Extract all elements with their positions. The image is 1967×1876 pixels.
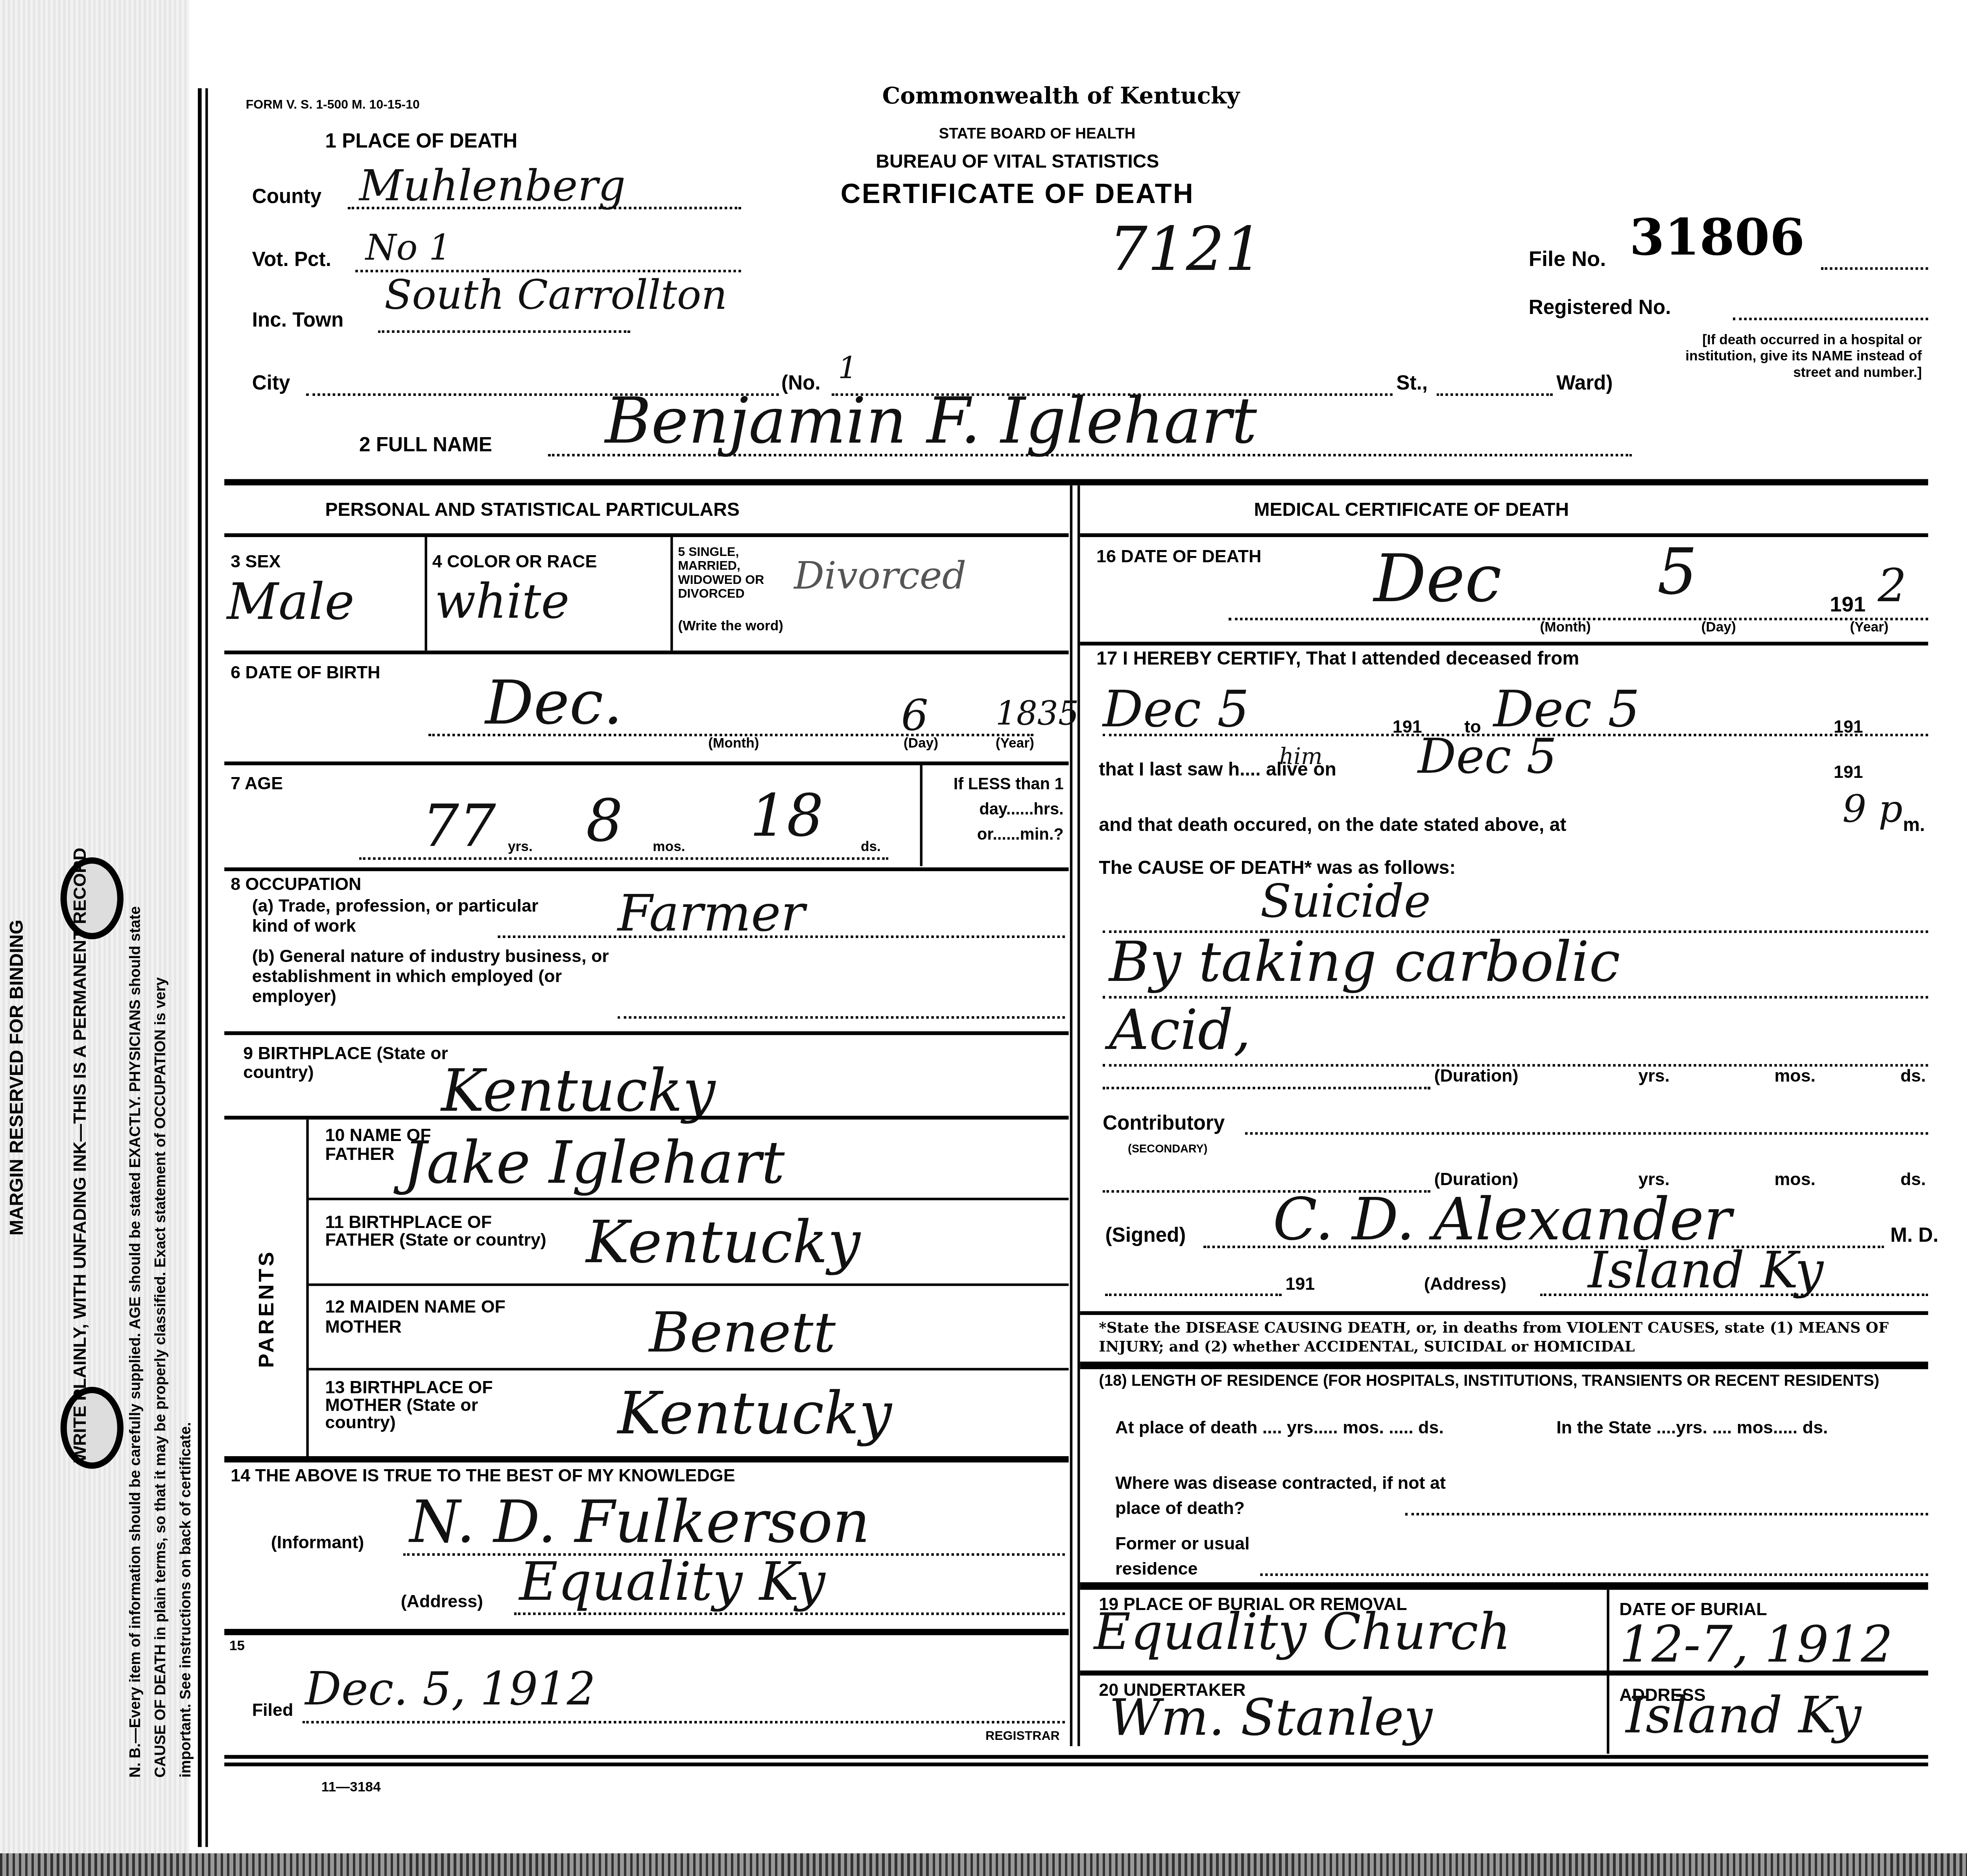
mother-birthplace-value: Kentucky: [618, 1379, 892, 1448]
informant-address-label: (Address): [401, 1591, 483, 1611]
age-years: 77: [422, 792, 496, 860]
inc-town-label: Inc. Town: [252, 310, 344, 333]
contracted-line: [1405, 1513, 1928, 1515]
row-rule: [309, 1283, 1069, 1286]
dod-label: 16 DATE OF DEATH: [1096, 546, 1261, 566]
death-time-suffix: m.: [1903, 814, 1925, 836]
contributory-label: Contributory: [1103, 1113, 1225, 1136]
inc-town-field-line: [378, 331, 630, 333]
dob-label: 6 DATE OF BIRTH: [231, 662, 380, 682]
row-rule: [1080, 1582, 1928, 1590]
dob-year-caption: (Year): [996, 736, 1034, 751]
file-no-field-line: [1821, 267, 1928, 270]
informant-statement: 14 THE ABOVE IS TRUE TO THE BEST OF MY K…: [231, 1465, 735, 1485]
occupation-label: 8 OCCUPATION: [231, 874, 361, 894]
print-code: 11—3184: [321, 1780, 381, 1795]
row-rule: [224, 868, 1068, 872]
margin-ink-text: WRITE PLAINLY, WITH UNFADING INK—THIS IS…: [69, 848, 89, 1462]
row-rule: [224, 1629, 1068, 1635]
full-name-value: Benjamin F. Iglehart: [605, 384, 1257, 458]
registered-no-field: [1733, 318, 1928, 320]
in-state-label: In the State ....yrs. .... mos..... ds.: [1556, 1414, 1934, 1440]
father-name-value: Jake Iglehart: [403, 1128, 785, 1197]
dod-month-caption: (Month): [1540, 620, 1591, 635]
row-rule: [224, 650, 1068, 654]
attended-from: Dec 5: [1103, 681, 1249, 739]
row-rule: [1080, 1671, 1928, 1676]
certificate-title: CERTIFICATE OF DEATH: [841, 178, 1194, 210]
sex-label: 3 SEX: [231, 551, 280, 571]
scan-edge: [0, 1853, 1967, 1876]
occupation-a-value: Farmer: [618, 885, 805, 943]
place-of-death-label: 1 PLACE OF DEATH: [325, 131, 517, 154]
medical-section-title: MEDICAL CERTIFICATE OF DEATH: [1254, 499, 1569, 521]
burial-place-value: Equality Church: [1094, 1604, 1511, 1662]
stamp-number: 7121: [1109, 214, 1263, 285]
duration-ds-2: ds.: [1901, 1169, 1926, 1189]
at-place-of-death-label: At place of death .... yrs..... mos. ...…: [1115, 1414, 1531, 1440]
dod-year-suffix: 2: [1878, 561, 1906, 613]
last-saw-date: Dec 5: [1418, 729, 1557, 784]
duration-label: (Duration): [1434, 1065, 1518, 1086]
column-divider-inner: [1078, 486, 1080, 1746]
personal-section-title: PERSONAL AND STATISTICAL PARTICULARS: [325, 499, 740, 521]
dod-year-prefix: 191: [1830, 593, 1866, 618]
age-days: 18: [750, 782, 824, 850]
dod-day: 5: [1657, 536, 1697, 609]
frame-left-rule: [198, 88, 202, 1847]
cell-divider: [425, 537, 427, 650]
dod-year-caption: (Year): [1850, 620, 1889, 635]
burial-date-value: 12-7, 1912: [1619, 1616, 1893, 1674]
dob-month-caption: (Month): [708, 736, 759, 751]
dod-month: Dec: [1374, 542, 1502, 618]
death-time-value: 9 p: [1842, 788, 1902, 832]
secondary-label: (SECONDARY): [1128, 1142, 1207, 1155]
cause-label: The CAUSE OF DEATH* was as follows:: [1099, 857, 1456, 879]
row-rule: [224, 1116, 1068, 1120]
header-commonwealth: Commonwealth of Kentucky: [882, 83, 1240, 109]
cause-value-1: Suicide: [1260, 876, 1431, 928]
informant-value: N. D. Fulkerson: [410, 1488, 870, 1556]
row-rule: [309, 1198, 1069, 1200]
marital-label: 5 SINGLE, MARRIED, WIDOWED OR DIVORCED: [678, 546, 791, 601]
margin-note-2: CAUSE OF DEATH in plain terms, so that i…: [151, 977, 169, 1778]
duration-ds: ds.: [1901, 1065, 1926, 1086]
physician-address-label: (Address): [1424, 1273, 1506, 1293]
father-birthplace-label: 11 BIRTHPLACE OF FATHER (State or countr…: [325, 1213, 552, 1248]
ward-label: Ward): [1556, 373, 1613, 396]
file-no-label: File No.: [1529, 247, 1606, 272]
sex-value: Male: [227, 574, 354, 631]
birthplace-value: Kentucky: [441, 1056, 715, 1124]
section-divider: [224, 479, 1928, 486]
mother-maiden-value: Benett: [649, 1301, 836, 1365]
cell-divider: [670, 537, 673, 650]
age-mos-label: mos.: [653, 840, 685, 855]
informant-label: (Informant): [271, 1532, 364, 1552]
race-value: white: [435, 574, 570, 629]
physician-address-value: Island Ky: [1588, 1242, 1823, 1300]
contributory-line: [1245, 1132, 1928, 1134]
bottom-rule: [224, 1755, 1928, 1759]
county-label: County: [252, 186, 322, 209]
race-label: 4 COLOR OR RACE: [432, 551, 597, 571]
duration-yrs: yrs.: [1638, 1065, 1670, 1086]
full-name-label: 2 FULL NAME: [359, 435, 492, 458]
header-board: STATE BOARD OF HEALTH: [939, 125, 1136, 142]
row-rule: [1080, 1311, 1928, 1315]
parents-group-label: PARENTS: [255, 1250, 280, 1368]
row-rule: [1080, 533, 1928, 537]
duration-mos: mos.: [1774, 1065, 1816, 1086]
dob-year: 1835: [996, 696, 1079, 734]
city-label: City: [252, 373, 290, 396]
less-than-day-label: If LESS than 1 day......hrs. or......min…: [928, 772, 1064, 847]
street-label: St.,: [1396, 373, 1428, 396]
father-birthplace-value: Kentucky: [586, 1208, 860, 1276]
birthplace-label: 9 BIRTHPLACE (State or country): [243, 1044, 470, 1082]
parents-divider: [306, 1119, 308, 1460]
row-rule: [224, 533, 1068, 537]
signed-label: (Signed): [1105, 1226, 1186, 1248]
death-time-text: and that death occured, on the date stat…: [1099, 814, 1566, 836]
registered-no-label: Registered No.: [1529, 297, 1671, 320]
frame-left-rule-inner: [205, 88, 208, 1847]
md-label: M. D.: [1890, 1226, 1938, 1248]
informant-address-field-line: [514, 1612, 1065, 1615]
age-ds-label: ds.: [861, 840, 881, 855]
duration-mos-2: mos.: [1774, 1169, 1816, 1189]
certify-statement: 17 I HEREBY CERTIFY, That I attended dec…: [1096, 648, 1579, 669]
undertaker-address-value: Island Ky: [1626, 1687, 1861, 1745]
county-value: Muhlenberg: [359, 161, 626, 212]
occupation-b-label: (b) General nature of industry business,…: [252, 945, 630, 1006]
filed-item-number: 15: [229, 1639, 245, 1654]
last-saw-year: 191: [1834, 761, 1863, 781]
dod-day-caption: (Day): [1701, 620, 1736, 635]
residence-label: (18) LENGTH OF RESIDENCE (FOR HOSPITALS,…: [1099, 1372, 1930, 1389]
filed-value: Dec. 5, 1912: [305, 1664, 596, 1716]
former-residence-line: [1260, 1573, 1928, 1576]
signed-date-line: [1105, 1294, 1281, 1296]
row-rule: [224, 1031, 1068, 1035]
row-rule: [1080, 642, 1928, 646]
last-saw-pronoun: him: [1279, 744, 1322, 770]
registrar-label: REGISTRAR: [985, 1730, 1060, 1743]
row-rule: [309, 1368, 1069, 1370]
margin-note-3: important. See instructions on back of c…: [176, 1422, 194, 1778]
cause-value-3: Acid,: [1109, 999, 1251, 1063]
ward-field-line: [1437, 393, 1553, 396]
street-number-value: 1: [838, 351, 857, 386]
dob-day-caption: (Day): [904, 736, 938, 751]
undertaker-value: Wm. Stanley: [1109, 1690, 1432, 1747]
mother-maiden-label: 12 MAIDEN NAME OF MOTHER: [325, 1296, 552, 1337]
duration-line: [1103, 1087, 1430, 1089]
dob-month: Dec.: [485, 668, 622, 739]
age-label: 7 AGE: [231, 773, 283, 793]
death-certificate-page: MARGIN RESERVED FOR BINDING WRITE PLAINL…: [0, 0, 1967, 1876]
row-rule: [224, 1456, 1068, 1462]
occupation-a-label: (a) Trade, profession, or particular kin…: [252, 895, 574, 936]
filed-label: Filed: [252, 1699, 293, 1719]
vot-pct-value: No 1: [365, 227, 451, 269]
informant-address-value: Equality Ky: [519, 1551, 825, 1612]
inc-town-value: South Carrollton: [384, 271, 727, 319]
marital-hint: (Write the word): [678, 619, 783, 634]
cell-divider: [920, 765, 922, 866]
mother-birthplace-label: 13 BIRTHPLACE OF MOTHER (State or countr…: [325, 1378, 552, 1431]
age-yrs-label: yrs.: [508, 840, 533, 855]
age-months: 8: [586, 787, 623, 855]
filed-field-line: [303, 1721, 1065, 1723]
column-divider: [1070, 486, 1072, 1746]
margin-binding-text: MARGIN RESERVED FOR BINDING: [6, 920, 28, 1235]
file-no-value: 31806: [1629, 208, 1805, 268]
row-rule: [1080, 1362, 1928, 1369]
vot-pct-label: Vot. Pct.: [252, 249, 331, 272]
burial-date-label: DATE OF BURIAL: [1619, 1599, 1767, 1619]
cause-value-2: By taking carbolic: [1109, 931, 1620, 995]
form-number: FORM V. S. 1-500 M. 10-15-10: [246, 98, 420, 112]
signed-year: 191: [1285, 1273, 1315, 1293]
hospital-note: [If death occurred in a hospital or inst…: [1676, 333, 1922, 382]
occupation-b-field: [618, 1016, 1065, 1019]
margin-note-1: N. B.—Every item of information should b…: [126, 906, 144, 1778]
header-bureau: BUREAU OF VITAL STATISTICS: [876, 151, 1159, 173]
dob-day: 6: [901, 691, 928, 741]
marital-value: Divorced: [794, 555, 966, 599]
row-rule: [224, 761, 1068, 765]
cause-footnote: *State the DISEASE CAUSING DEATH, or, in…: [1099, 1319, 1930, 1357]
attended-to-year: 191: [1834, 716, 1863, 736]
bottom-rule: [224, 1763, 1928, 1767]
